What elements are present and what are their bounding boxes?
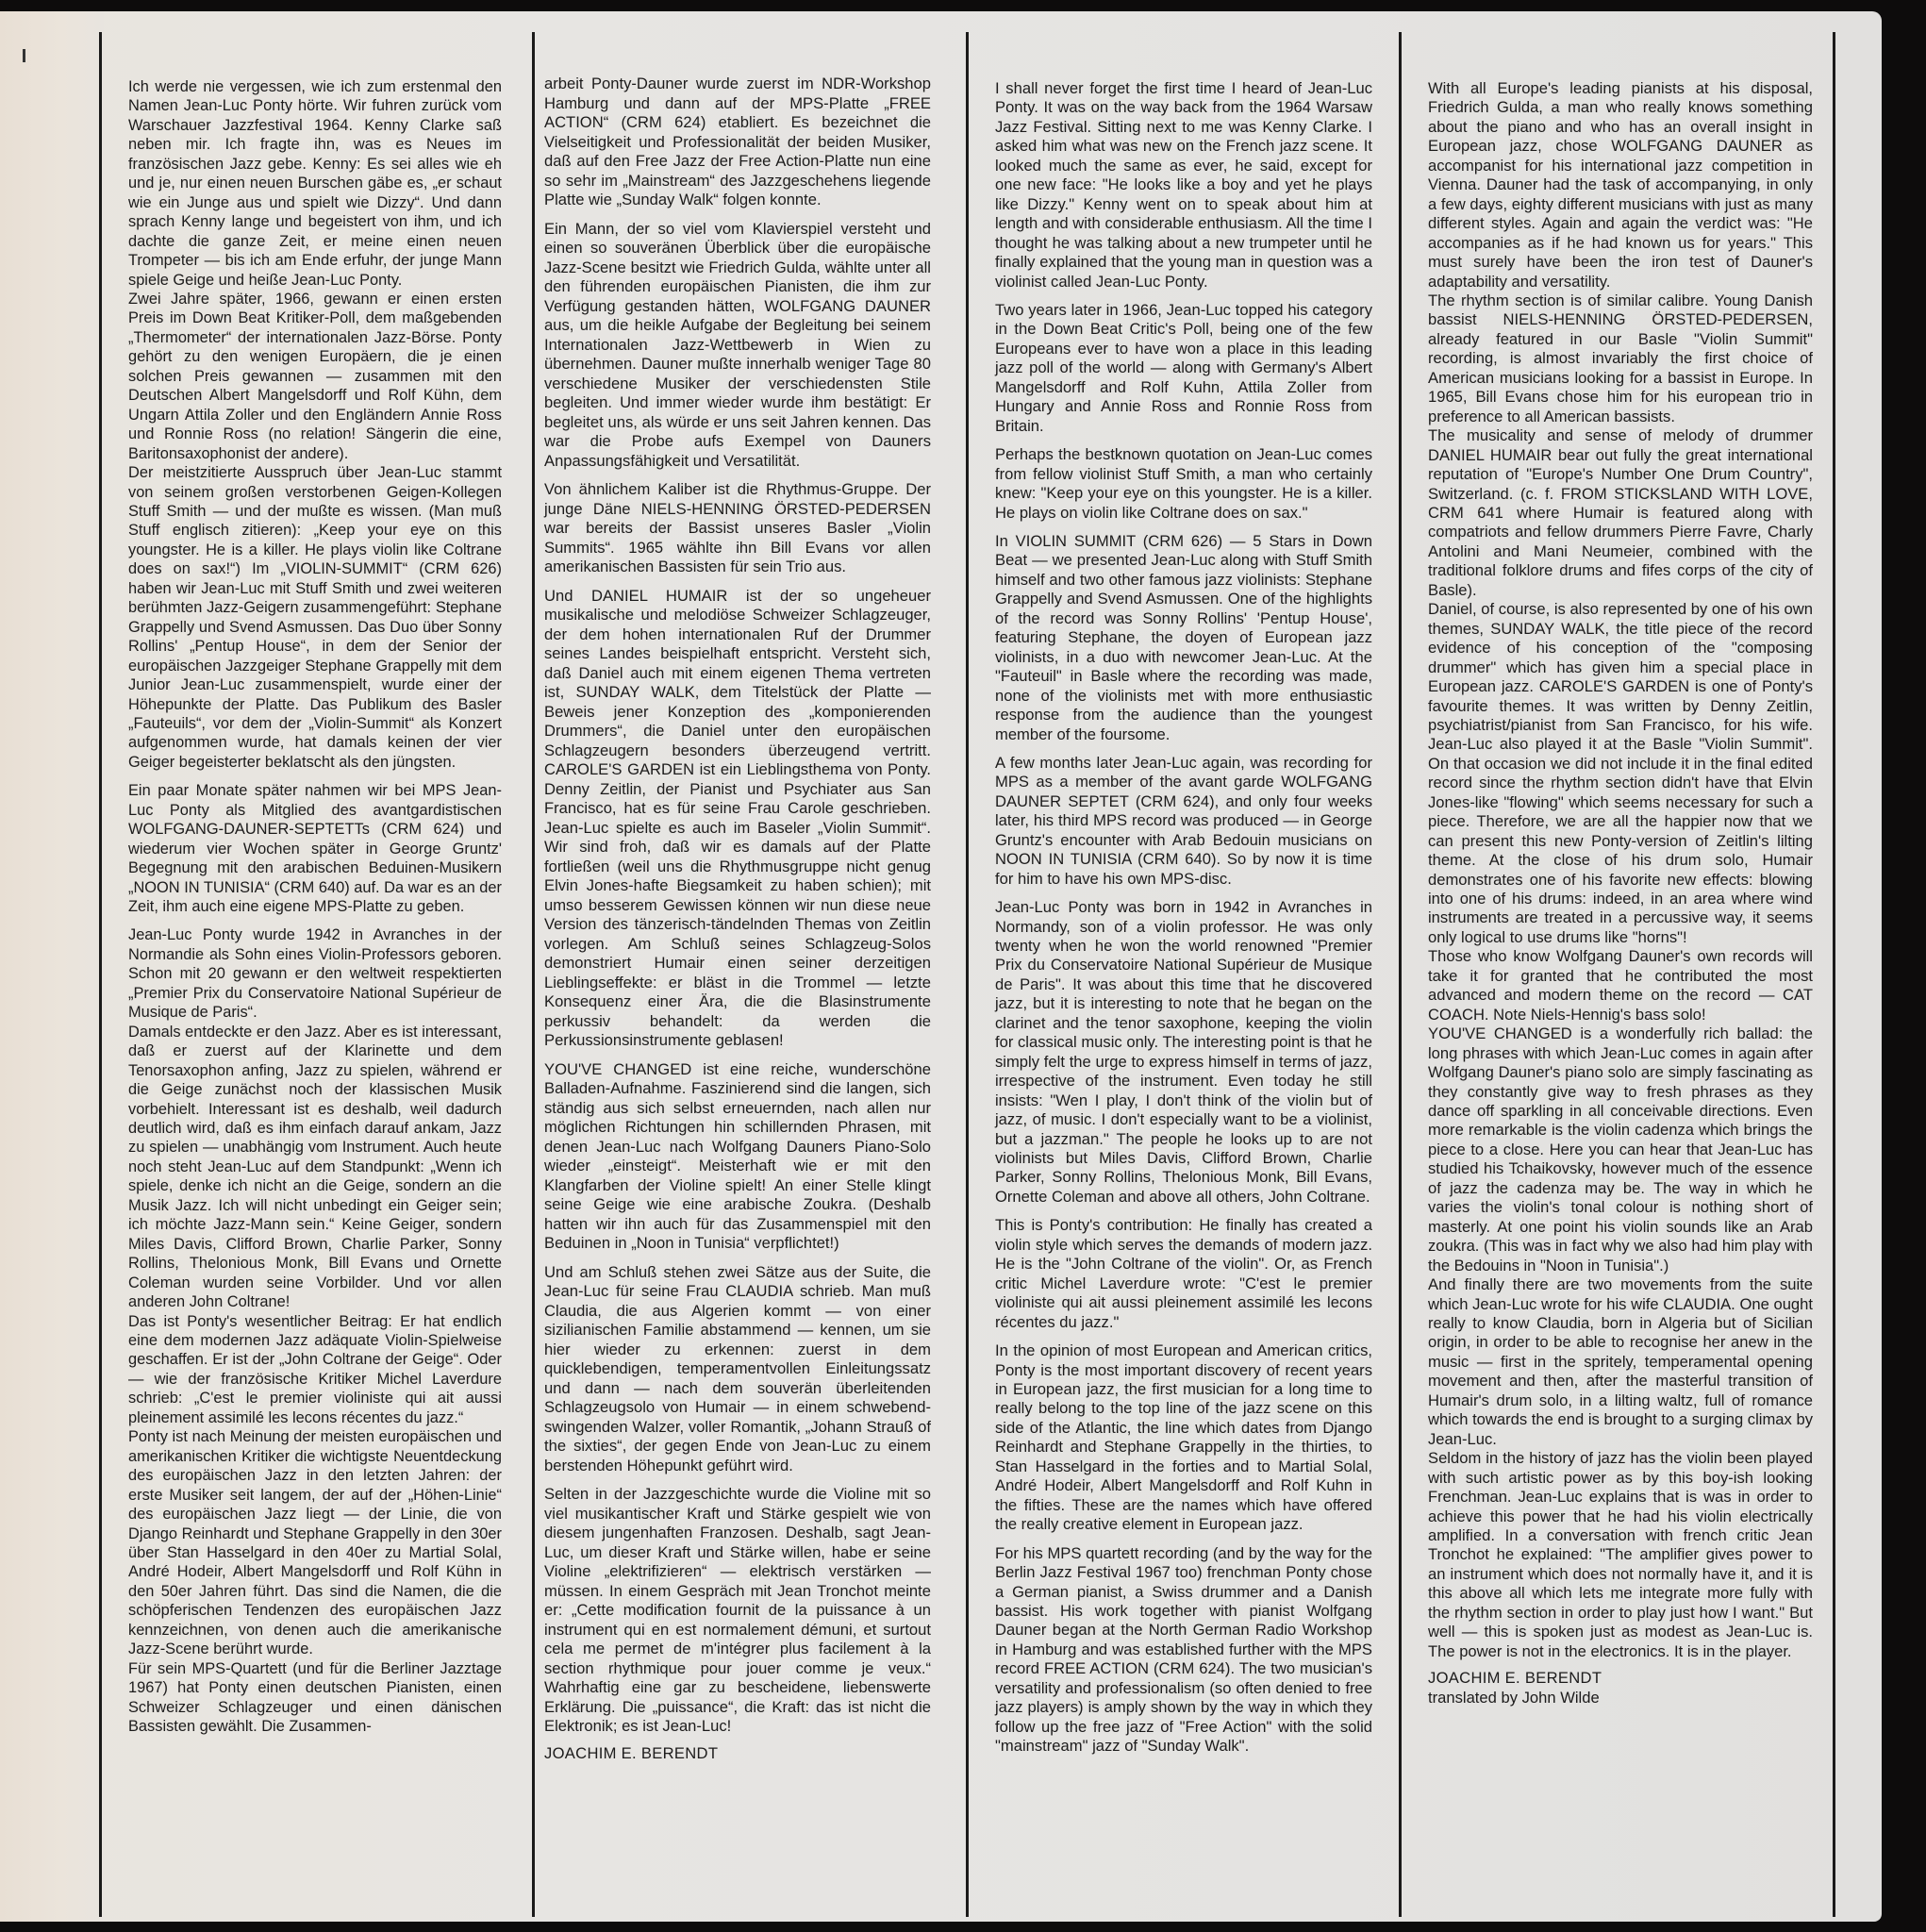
liner-notes-paragraph: Und DANIEL HUMAIR ist der so ungeheuer m… xyxy=(544,587,931,1051)
liner-notes-paragraph: And finally there are two movements from… xyxy=(1428,1275,1813,1449)
liner-notes-paragraph: arbeit Ponty-Dauner wurde zuerst im NDR-… xyxy=(544,75,931,210)
liner-notes-paragraph: Selten in der Jazzgeschichte wurde die V… xyxy=(544,1485,931,1737)
author-signature: JOACHIM E. BERENDT xyxy=(544,1744,931,1764)
liner-notes-paragraph: The rhythm section is of similar calibre… xyxy=(1428,291,1813,426)
liner-notes-paragraph: Damals entdeckte er den Jazz. Aber es is… xyxy=(128,1023,502,1312)
liner-notes-paragraph: Jean-Luc Ponty wurde 1942 in Avranches i… xyxy=(128,925,502,1022)
album-back-cover: Ich werde nie vergessen, wie ich zum ers… xyxy=(0,11,1882,1922)
column-rule xyxy=(99,32,102,1917)
liner-notes-paragraph: Perhaps the bestknown quotation on Jean-… xyxy=(995,445,1372,523)
liner-notes-paragraph: Das ist Ponty's wesentlicher Beitrag: Er… xyxy=(128,1312,502,1428)
liner-notes-paragraph: Der meistzitierte Ausspruch über Jean-Lu… xyxy=(128,463,502,772)
liner-notes-paragraph: With all Europe's leading pianists at hi… xyxy=(1428,79,1813,291)
liner-notes-paragraph: Seldom in the history of jazz has the vi… xyxy=(1428,1449,1813,1661)
liner-notes-column-english-2: With all Europe's leading pianists at hi… xyxy=(1428,79,1813,1707)
liner-notes-paragraph: Und am Schluß stehen zwei Sätze aus der … xyxy=(544,1263,931,1476)
liner-notes-paragraph: Those who know Wolfgang Dauner's own rec… xyxy=(1428,947,1813,1024)
liner-notes-paragraph: YOU'VE CHANGED ist eine reiche, wundersc… xyxy=(544,1060,931,1254)
liner-notes-paragraph: Von ähnlichem Kaliber ist die Rhythmus-G… xyxy=(544,480,931,577)
liner-notes-column-english-1: I shall never forget the first time I he… xyxy=(995,79,1372,1757)
margin-tick-mark xyxy=(23,49,25,62)
liner-notes-paragraph: YOU'VE CHANGED is a wonderfully rich bal… xyxy=(1428,1024,1813,1275)
author-signature: JOACHIM E. BERENDT xyxy=(1428,1669,1813,1688)
liner-notes-column-german-2: arbeit Ponty-Dauner wurde zuerst im NDR-… xyxy=(544,75,931,1763)
liner-notes-paragraph: Daniel, of course, is also represented b… xyxy=(1428,600,1813,947)
liner-notes-paragraph: Zwei Jahre später, 1966, gewann er einen… xyxy=(128,290,502,463)
liner-notes-paragraph: Jean-Luc Ponty was born in 1942 in Avran… xyxy=(995,898,1372,1207)
liner-notes-paragraph: Ein Mann, der so viel vom Klavierspiel v… xyxy=(544,220,931,472)
liner-notes-paragraph: Ein paar Monate später nahmen wir bei MP… xyxy=(128,781,502,916)
column-rule xyxy=(1399,32,1402,1917)
liner-notes-paragraph: Ponty ist nach Meinung der meisten europ… xyxy=(128,1427,502,1658)
liner-notes-column-german-1: Ich werde nie vergessen, wie ich zum ers… xyxy=(128,77,502,1737)
liner-notes-paragraph: The musicality and sense of melody of dr… xyxy=(1428,426,1813,600)
liner-notes-paragraph: A few months later Jean-Luc again, was r… xyxy=(995,754,1372,889)
translator-credit: translated by John Wilde xyxy=(1428,1689,1813,1707)
liner-notes-paragraph: Ich werde nie vergessen, wie ich zum ers… xyxy=(128,77,502,290)
liner-notes-paragraph: I shall never forget the first time I he… xyxy=(995,79,1372,291)
column-rule xyxy=(966,32,969,1917)
liner-notes-paragraph: In the opinion of most European and Amer… xyxy=(995,1341,1372,1535)
column-rule xyxy=(1833,32,1835,1917)
liner-notes-paragraph: For his MPS quartett recording (and by t… xyxy=(995,1544,1372,1757)
liner-notes-paragraph: Für sein MPS-Quartett (und für die Berli… xyxy=(128,1659,502,1737)
liner-notes-paragraph: In VIOLIN SUMMIT (CRM 626) — 5 Stars in … xyxy=(995,532,1372,744)
liner-notes-paragraph: This is Ponty's contribution: He finally… xyxy=(995,1216,1372,1332)
column-rule xyxy=(532,32,535,1917)
liner-notes-paragraph: Two years later in 1966, Jean-Luc topped… xyxy=(995,301,1372,436)
cover-spine-strip xyxy=(0,11,104,1922)
